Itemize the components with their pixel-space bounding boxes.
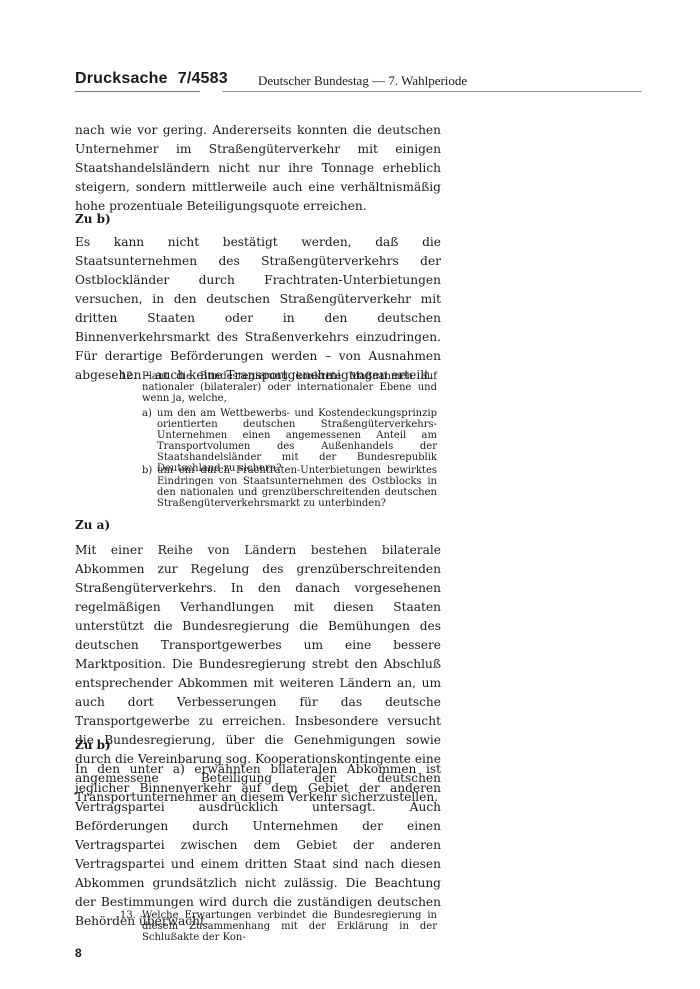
item-label: b) — [142, 465, 152, 476]
question-item-b: um ein durch Frachtraten-Unterbietungen … — [157, 465, 437, 509]
page-number: 8 — [75, 946, 82, 960]
header-rule-left — [75, 91, 200, 92]
doc-number: 7/4583 — [178, 70, 228, 87]
paragraph-text: In den unter a) erwähnten bilateralen Ab… — [75, 760, 441, 931]
document-id: Drucksache7/4583 — [75, 70, 238, 88]
answer-b1-text: Es kann nicht bestätigt werden, daß die … — [75, 233, 441, 385]
answer-a-heading: Zu a) — [75, 518, 110, 532]
answer-b2-heading: Zu b) — [75, 738, 111, 752]
question-text: Welche Erwartungen verbindet die Bundesr… — [142, 910, 437, 943]
answer-b2-text: In den unter a) erwähnten bilateralen Ab… — [75, 760, 441, 931]
header-rule-right — [222, 91, 642, 92]
question-number: 12. — [120, 371, 136, 382]
paragraph-text: Es kann nicht bestätigt werden, daß die … — [75, 233, 441, 385]
doc-label: Drucksache — [75, 70, 168, 87]
intro-paragraph: nach wie vor gering. Andererseits konnte… — [75, 121, 441, 216]
answer-b1-heading: Zu b) — [75, 212, 111, 226]
paragraph-text: nach wie vor gering. Andererseits konnte… — [75, 121, 441, 216]
publisher: Deutscher Bundestag — 7. Wahlperiode — [258, 73, 467, 89]
item-label: a) — [142, 408, 152, 419]
question-text: Plant die Bundesregierung konkrete Maßna… — [142, 371, 437, 404]
question-number: 13. — [120, 910, 136, 921]
